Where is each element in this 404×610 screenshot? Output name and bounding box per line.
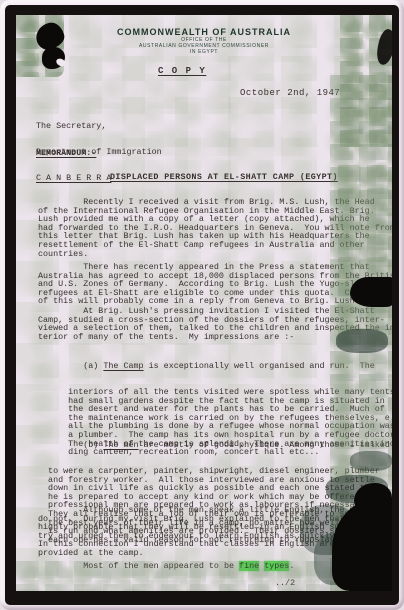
item-a-rest: is exceptionally well organised and run.… (144, 361, 375, 371)
item-b-heading: The men (103, 440, 138, 450)
text-line: provided at the camp. (38, 549, 392, 558)
paragraph-1: Recently I received a visit from Brig. M… (38, 198, 392, 258)
paragraph-3: At Brig. Lush's pressing invitation I vi… (38, 307, 392, 341)
closing-prefix: Most of the men appeared to be (38, 561, 239, 571)
text-line: of this will probably come in a reply fr… (38, 297, 392, 306)
item-b-rest: are mostly of good physique. Among those… (139, 440, 390, 450)
letterhead: COMMONWEALTH OF AUSTRALIA OFFICE OF THE … (16, 27, 392, 55)
highlighted-word-fine: fine (239, 561, 259, 571)
item-b-prefix: (b) (38, 440, 103, 450)
highlighted-word-types: types (264, 561, 289, 571)
addressee-line1: The Secretary, (36, 122, 162, 131)
paragraph-4: Although some of the men speak a little … (38, 506, 392, 558)
text-line: countries. (38, 250, 392, 259)
item-a-first-line: (a) The Camp is exceptionally well organ… (38, 362, 392, 371)
page-number: ../2 (275, 579, 295, 588)
letterhead-office-line3: IN EGYPT (16, 49, 392, 55)
closing-line: Most of the men appeared to be fine type… (38, 562, 294, 571)
blot-highlight-speck (55, 57, 67, 68)
paragraph-2: There has recently appeared in the Press… (38, 263, 392, 306)
item-a-heading: The Camp (103, 361, 143, 371)
text-line: terior of many of the tents. My impressi… (38, 333, 392, 342)
photo-frame: COMMONWEALTH OF AUSTRALIA OFFICE OF THE … (0, 0, 404, 610)
memo-label: MEMORANDUM:- (36, 149, 96, 158)
text-line: resettlement of the El-Shatt Camp refuge… (38, 241, 392, 250)
closing-period: . (289, 561, 294, 571)
item-a-prefix: (a) (38, 361, 103, 371)
document-title: DISPLACED PERSONS AT EL-SHATT CAMP (EGYP… (110, 173, 338, 182)
copy-label: C O P Y (158, 67, 206, 76)
date: October 2nd, 1947 (240, 89, 340, 98)
document-page: COMMONWEALTH OF AUSTRALIA OFFICE OF THE … (16, 15, 392, 591)
letterhead-org: COMMONWEALTH OF AUSTRALIA (16, 27, 392, 37)
item-b-first-line: (b) The men are mostly of good physique.… (38, 441, 390, 450)
